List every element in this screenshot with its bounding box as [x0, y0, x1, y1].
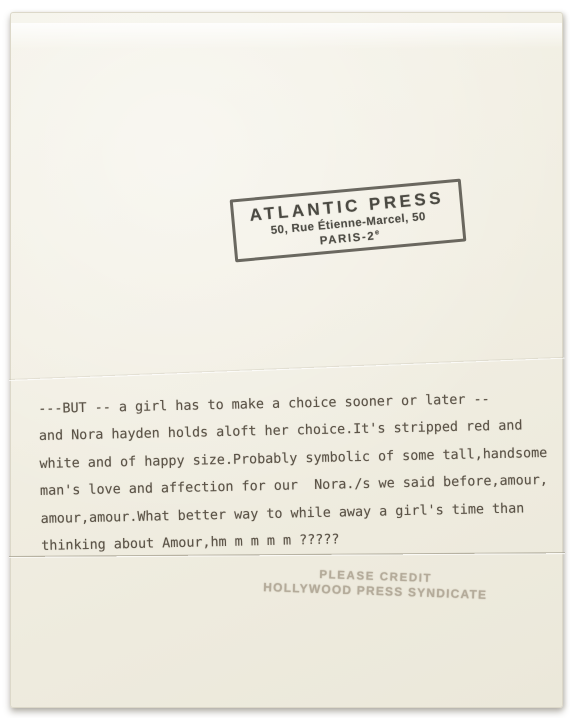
page-background: { "paper": { "color": "#f1eee2", "descri…	[0, 0, 570, 718]
stamp-city-text: PARIS-2	[319, 231, 376, 248]
fold-crease-upper	[9, 357, 565, 381]
atlantic-press-stamp: ATLANTIC PRESS 50, Rue Étienne-Marcel, 5…	[230, 179, 467, 263]
credit-stamp: PLEASE CREDIT HOLLYWOOD PRESS SYNDICATE	[240, 565, 511, 603]
press-photo-verso: ATLANTIC PRESS 50, Rue Étienne-Marcel, 5…	[10, 12, 563, 708]
typewritten-caption: ---BUT -- a girl has to make a choice so…	[38, 385, 549, 560]
stamp-city-superscript: e	[375, 227, 380, 236]
